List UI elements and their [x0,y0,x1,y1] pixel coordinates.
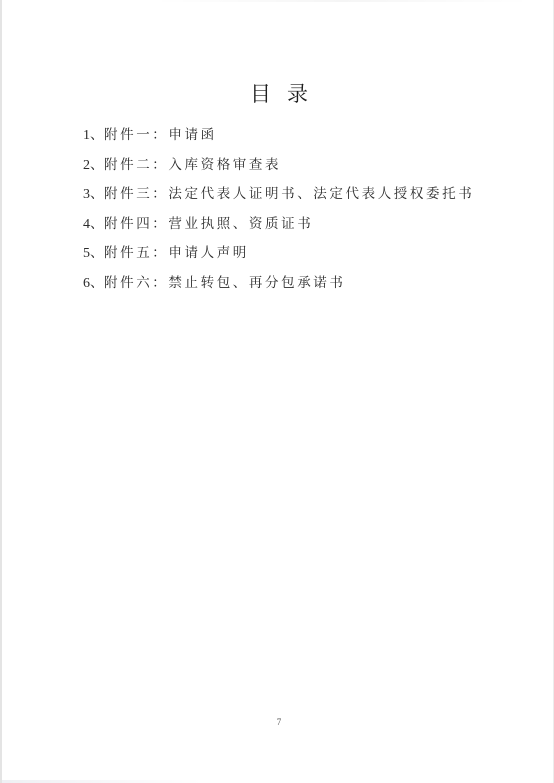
toc-item: 6、附件六：禁止转包、再分包承诺书 [83,273,474,303]
toc-item: 4、附件四：营业执照、资质证书 [83,214,474,244]
toc-item-number: 5、 [83,246,104,261]
toc-item: 2、附件二：入库资格审查表 [83,155,474,185]
toc-item: 3、附件三：法定代表人证明书、法定代表人授权委托书 [83,184,474,214]
toc-item-label: 附件三：法定代表人证明书、法定代表人授权委托书 [104,186,474,202]
document-page: 目录 1、附件一：申请函 2、附件二：入库资格审查表 3、附件三：法定代表人证明… [0,0,554,783]
scan-edge-shadow [152,0,532,2]
toc-item: 5、附件五：申请人声明 [83,243,474,273]
toc-item-label: 附件四：营业执照、资质证书 [104,216,313,232]
toc-item-label: 附件五：申请人声明 [104,245,249,261]
toc-item-number: 6、 [83,276,104,291]
toc-item-number: 3、 [83,187,104,202]
table-of-contents: 1、附件一：申请函 2、附件二：入库资格审查表 3、附件三：法定代表人证明书、法… [83,125,474,302]
page-number: 7 [2,717,554,727]
toc-item-number: 1、 [83,128,104,143]
toc-item-label: 附件二：入库资格审查表 [104,157,281,173]
page-title: 目录 [2,78,554,108]
toc-item-number: 4、 [83,217,104,232]
toc-item-label: 附件六：禁止转包、再分包承诺书 [104,275,346,291]
toc-item-number: 2、 [83,158,104,173]
toc-item: 1、附件一：申请函 [83,125,474,155]
toc-item-label: 附件一：申请函 [104,127,217,143]
